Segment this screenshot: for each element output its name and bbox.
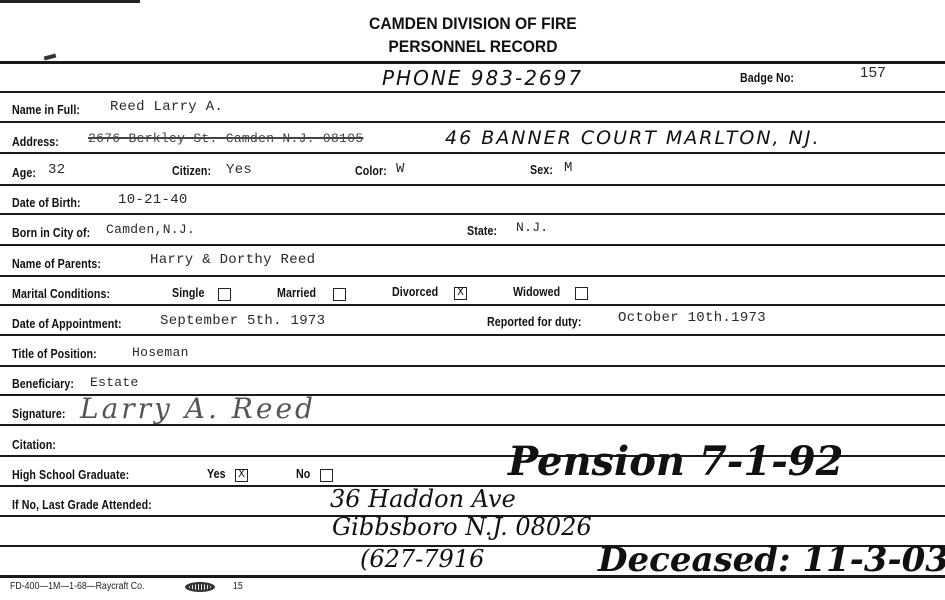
last-grade-label: If No, Last Grade Attended: <box>12 497 152 512</box>
beneficiary-value: Estate <box>90 375 139 390</box>
rule <box>0 91 945 93</box>
citizen-value: Yes <box>226 162 252 178</box>
color-label: Color: <box>355 163 387 178</box>
citizen-label: Citizen: <box>172 163 211 178</box>
rule <box>0 334 945 336</box>
name-label: Name in Full: <box>12 102 80 117</box>
badge-label: Badge No: <box>740 70 794 85</box>
form-number: 15 <box>233 581 243 592</box>
annotation-phone: (627-7916 <box>360 545 484 573</box>
pension-annotation: Pension 7-1-92 <box>508 438 843 485</box>
parents-label: Name of Parents: <box>12 256 101 271</box>
rule <box>0 244 945 246</box>
rule <box>0 213 945 215</box>
appointment-value: September 5th. 1973 <box>160 313 325 329</box>
appointment-label: Date of Appointment: <box>12 316 122 331</box>
signature-value: Larry A. Reed <box>80 392 316 425</box>
high-school-yes-label: Yes <box>207 466 226 481</box>
born-city-label: Born in City of: <box>12 225 90 240</box>
rule <box>0 275 945 277</box>
rule <box>0 61 945 64</box>
address-label: Address: <box>12 134 59 149</box>
high-school-label: High School Graduate: <box>12 467 129 482</box>
high-school-yes-checkbox[interactable]: X <box>235 469 248 482</box>
state-value: N.J. <box>516 220 548 235</box>
form-title-line1: CAMDEN DIVISION OF FIRE <box>0 14 945 34</box>
marital-option-widowed-label: Widowed <box>513 284 560 299</box>
parents-value: Harry & Dorthy Reed <box>150 252 315 268</box>
union-bug-logo-icon <box>185 582 215 592</box>
state-label: State: <box>467 223 497 238</box>
high-school-no-checkbox[interactable] <box>320 469 333 482</box>
reported-value: October 10th.1973 <box>618 310 766 326</box>
top-edge-rule <box>0 0 140 3</box>
rule <box>0 121 945 123</box>
dob-value: 10-21-40 <box>118 192 188 208</box>
marital-single-checkbox[interactable] <box>218 288 231 301</box>
marital-divorced-checkbox[interactable]: X <box>454 287 467 300</box>
annotation-address-line2: Gibbsboro N.J. 08026 <box>332 513 592 541</box>
marital-label: Marital Conditions: <box>12 286 110 301</box>
color-value: W <box>396 161 405 177</box>
high-school-no-label: No <box>296 466 310 481</box>
rule <box>0 184 945 186</box>
marital-option-single-label: Single <box>172 285 204 300</box>
marital-option-married-label: Married <box>277 285 316 300</box>
annotation-address-line1: 36 Haddon Ave <box>330 485 516 513</box>
phone-handwritten: PHONE 983-2697 <box>382 66 583 90</box>
age-value: 32 <box>48 162 65 178</box>
rule <box>0 304 945 306</box>
badge-value: 157 <box>860 64 886 81</box>
dob-label: Date of Birth: <box>12 195 81 210</box>
age-label: Age: <box>12 165 36 180</box>
sex-label: Sex: <box>530 162 553 177</box>
form-title-line2: PERSONNEL RECORD <box>0 37 945 57</box>
citation-label: Citation: <box>12 437 56 452</box>
marital-widowed-checkbox[interactable] <box>575 287 588 300</box>
address-struck-value: 2676 Berkley St. Camden N.J. 08105 <box>88 131 363 146</box>
beneficiary-label: Beneficiary: <box>12 376 74 391</box>
form-code: FD-400—1M—1-68—Raycraft Co. <box>10 581 144 592</box>
deceased-annotation: Deceased: 11-3-03 <box>598 540 945 580</box>
address-handwritten-value: 46 BANNER COURT MARLTON, NJ. <box>445 127 821 149</box>
signature-label: Signature: <box>12 406 66 421</box>
name-value: Reed Larry A. <box>110 99 223 115</box>
born-city-value: Camden,N.J. <box>106 222 195 237</box>
position-value: Hoseman <box>132 345 189 360</box>
rule <box>0 365 945 367</box>
sex-value: M <box>564 160 573 176</box>
marital-option-divorced-label: Divorced <box>392 284 438 299</box>
marital-married-checkbox[interactable] <box>333 288 346 301</box>
position-label: Title of Position: <box>12 346 97 361</box>
reported-label: Reported for duty: <box>487 314 581 329</box>
rule <box>0 152 945 154</box>
